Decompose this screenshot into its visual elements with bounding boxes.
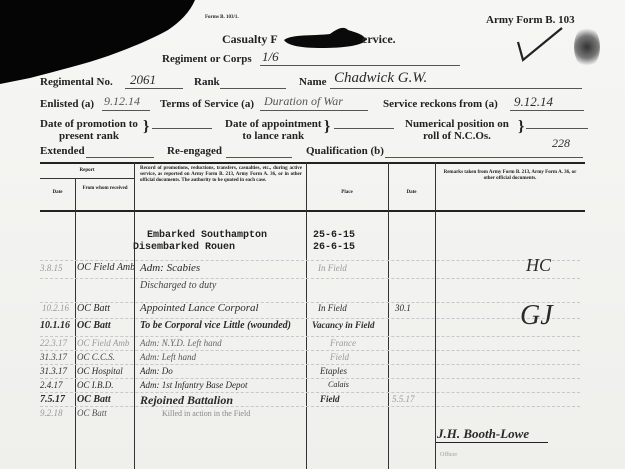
row-from: OC Field Amb <box>77 262 135 273</box>
row-record: Adm: Do <box>140 366 173 376</box>
row-place: In Field <box>318 303 347 313</box>
regimental-no-value: 2061 <box>130 72 156 88</box>
brace: } <box>143 118 149 136</box>
killed-in-action-stamp: Killed in action in the Field <box>162 409 250 418</box>
row-record: Adm: Scabies <box>140 262 200 274</box>
row-from: OC Batt <box>77 394 111 405</box>
header-place: Place <box>306 190 388 196</box>
rank-label: Rank <box>194 76 220 88</box>
numerical-position-label: Numerical position onroll of N.C.Os. <box>405 118 509 142</box>
casualty-form-page: Forms B. 103/1. Army Form B. 103 Casualt… <box>0 0 625 469</box>
row-from: OC I.B.D. <box>77 380 114 390</box>
row-record: Adm: Left hand <box>140 352 196 362</box>
row-date: 7.5.17 <box>40 394 65 405</box>
name-value: Chadwick G.W. <box>334 70 427 87</box>
numerical-position-value: 228 <box>552 136 570 151</box>
row-place: Etaples <box>320 366 347 376</box>
promotion-label: Date of promotion topresent rank <box>40 118 138 142</box>
enlisted-label: Enlisted (a) <box>40 98 94 110</box>
form-code: Forms B. 103/1. <box>205 15 239 20</box>
row-date: 31.3.17 <box>40 366 67 376</box>
row-date: 3.8.15 <box>40 263 63 273</box>
brace: } <box>324 118 330 136</box>
service-reckons-label: Service reckons from (a) <box>383 98 498 110</box>
ink-smudge <box>574 26 600 68</box>
header-date2: Date <box>388 190 435 196</box>
reengaged-label: Re-engaged <box>167 145 222 157</box>
row-place: Field <box>320 394 340 404</box>
row-place: In Field <box>318 263 347 273</box>
row-from: OC Batt <box>77 408 107 418</box>
brace: } <box>518 118 524 136</box>
extended-label: Extended <box>40 145 85 157</box>
signature-label: Officer <box>440 452 457 458</box>
row-date: 9.2.18 <box>40 408 63 418</box>
row-record: Discharged to duty <box>140 280 216 291</box>
row-place: France <box>330 338 356 348</box>
header-from-whom: From whom received <box>76 186 134 192</box>
row-date: 22.3.17 <box>40 338 67 348</box>
row-place: Field <box>330 352 349 362</box>
name-label: Name <box>299 76 327 88</box>
check-mark-icon <box>515 26 565 64</box>
regimental-no-label: Regimental No. <box>40 76 113 88</box>
place-embarked: 25-6-15 <box>313 230 355 241</box>
row-place: Calais <box>328 380 349 389</box>
row-from: OC Batt <box>77 303 110 314</box>
service-reckons-value: 9.12.14 <box>514 94 553 110</box>
enlisted-value: 9.12.14 <box>104 94 140 109</box>
row-date: 10.2.16 <box>42 303 69 313</box>
header-record: Record of promotions, reductions, transf… <box>140 166 302 184</box>
row-from: OC Field Amb <box>77 338 129 348</box>
row-from: OC Hospital <box>77 366 123 376</box>
row-place: Vacancy in Field <box>312 320 375 330</box>
terms-label: Terms of Service (a) <box>160 98 254 110</box>
qualification-label: Qualification (b) <box>306 145 384 157</box>
form-title-end: ervice. <box>362 32 396 47</box>
row-record: Appointed Lance Corporal <box>140 302 259 314</box>
officer-signature: J.H. Booth-Lowe <box>437 426 529 442</box>
header-date: Date <box>40 190 75 196</box>
header-report: Report <box>40 168 134 174</box>
record-embarked: Embarked Southampton <box>147 230 267 241</box>
regiment-value: 1/6 <box>262 49 279 65</box>
terms-value: Duration of War <box>264 94 343 109</box>
row-record: Adm: N.Y.D. Left hand <box>140 338 222 348</box>
place-disembarked: 26-6-15 <box>313 242 355 253</box>
record-disembarked: Disembarked Rouen <box>133 242 235 253</box>
header-remarks: Remarks taken from Army Form B. 213, Arm… <box>440 170 580 182</box>
redaction-blob <box>282 26 368 52</box>
row-record: To be Corporal vice Little (wounded) <box>140 320 291 331</box>
row-date: 31.3.17 <box>40 352 67 362</box>
form-title-start: Casualty F <box>222 32 278 47</box>
row-record: Rejoined Battalion <box>140 393 233 408</box>
row-date2: 5.5.17 <box>392 394 415 404</box>
row-remarks: HC <box>526 255 551 276</box>
row-record: Adm: 1st Infantry Base Depot <box>140 380 247 390</box>
row-from: OC C.C.S. <box>77 352 115 362</box>
row-date: 2.4.17 <box>40 380 63 390</box>
regiment-label: Regiment or Corps <box>162 53 252 65</box>
row-from: OC Batt <box>77 320 111 331</box>
row-remarks: GJ <box>520 300 553 332</box>
row-date2: 30.1 <box>395 303 411 313</box>
row-date: 10.1.16 <box>40 320 70 331</box>
form-number: Army Form B. 103 <box>486 14 575 26</box>
appointment-label: Date of appointmentto lance rank <box>225 118 322 142</box>
